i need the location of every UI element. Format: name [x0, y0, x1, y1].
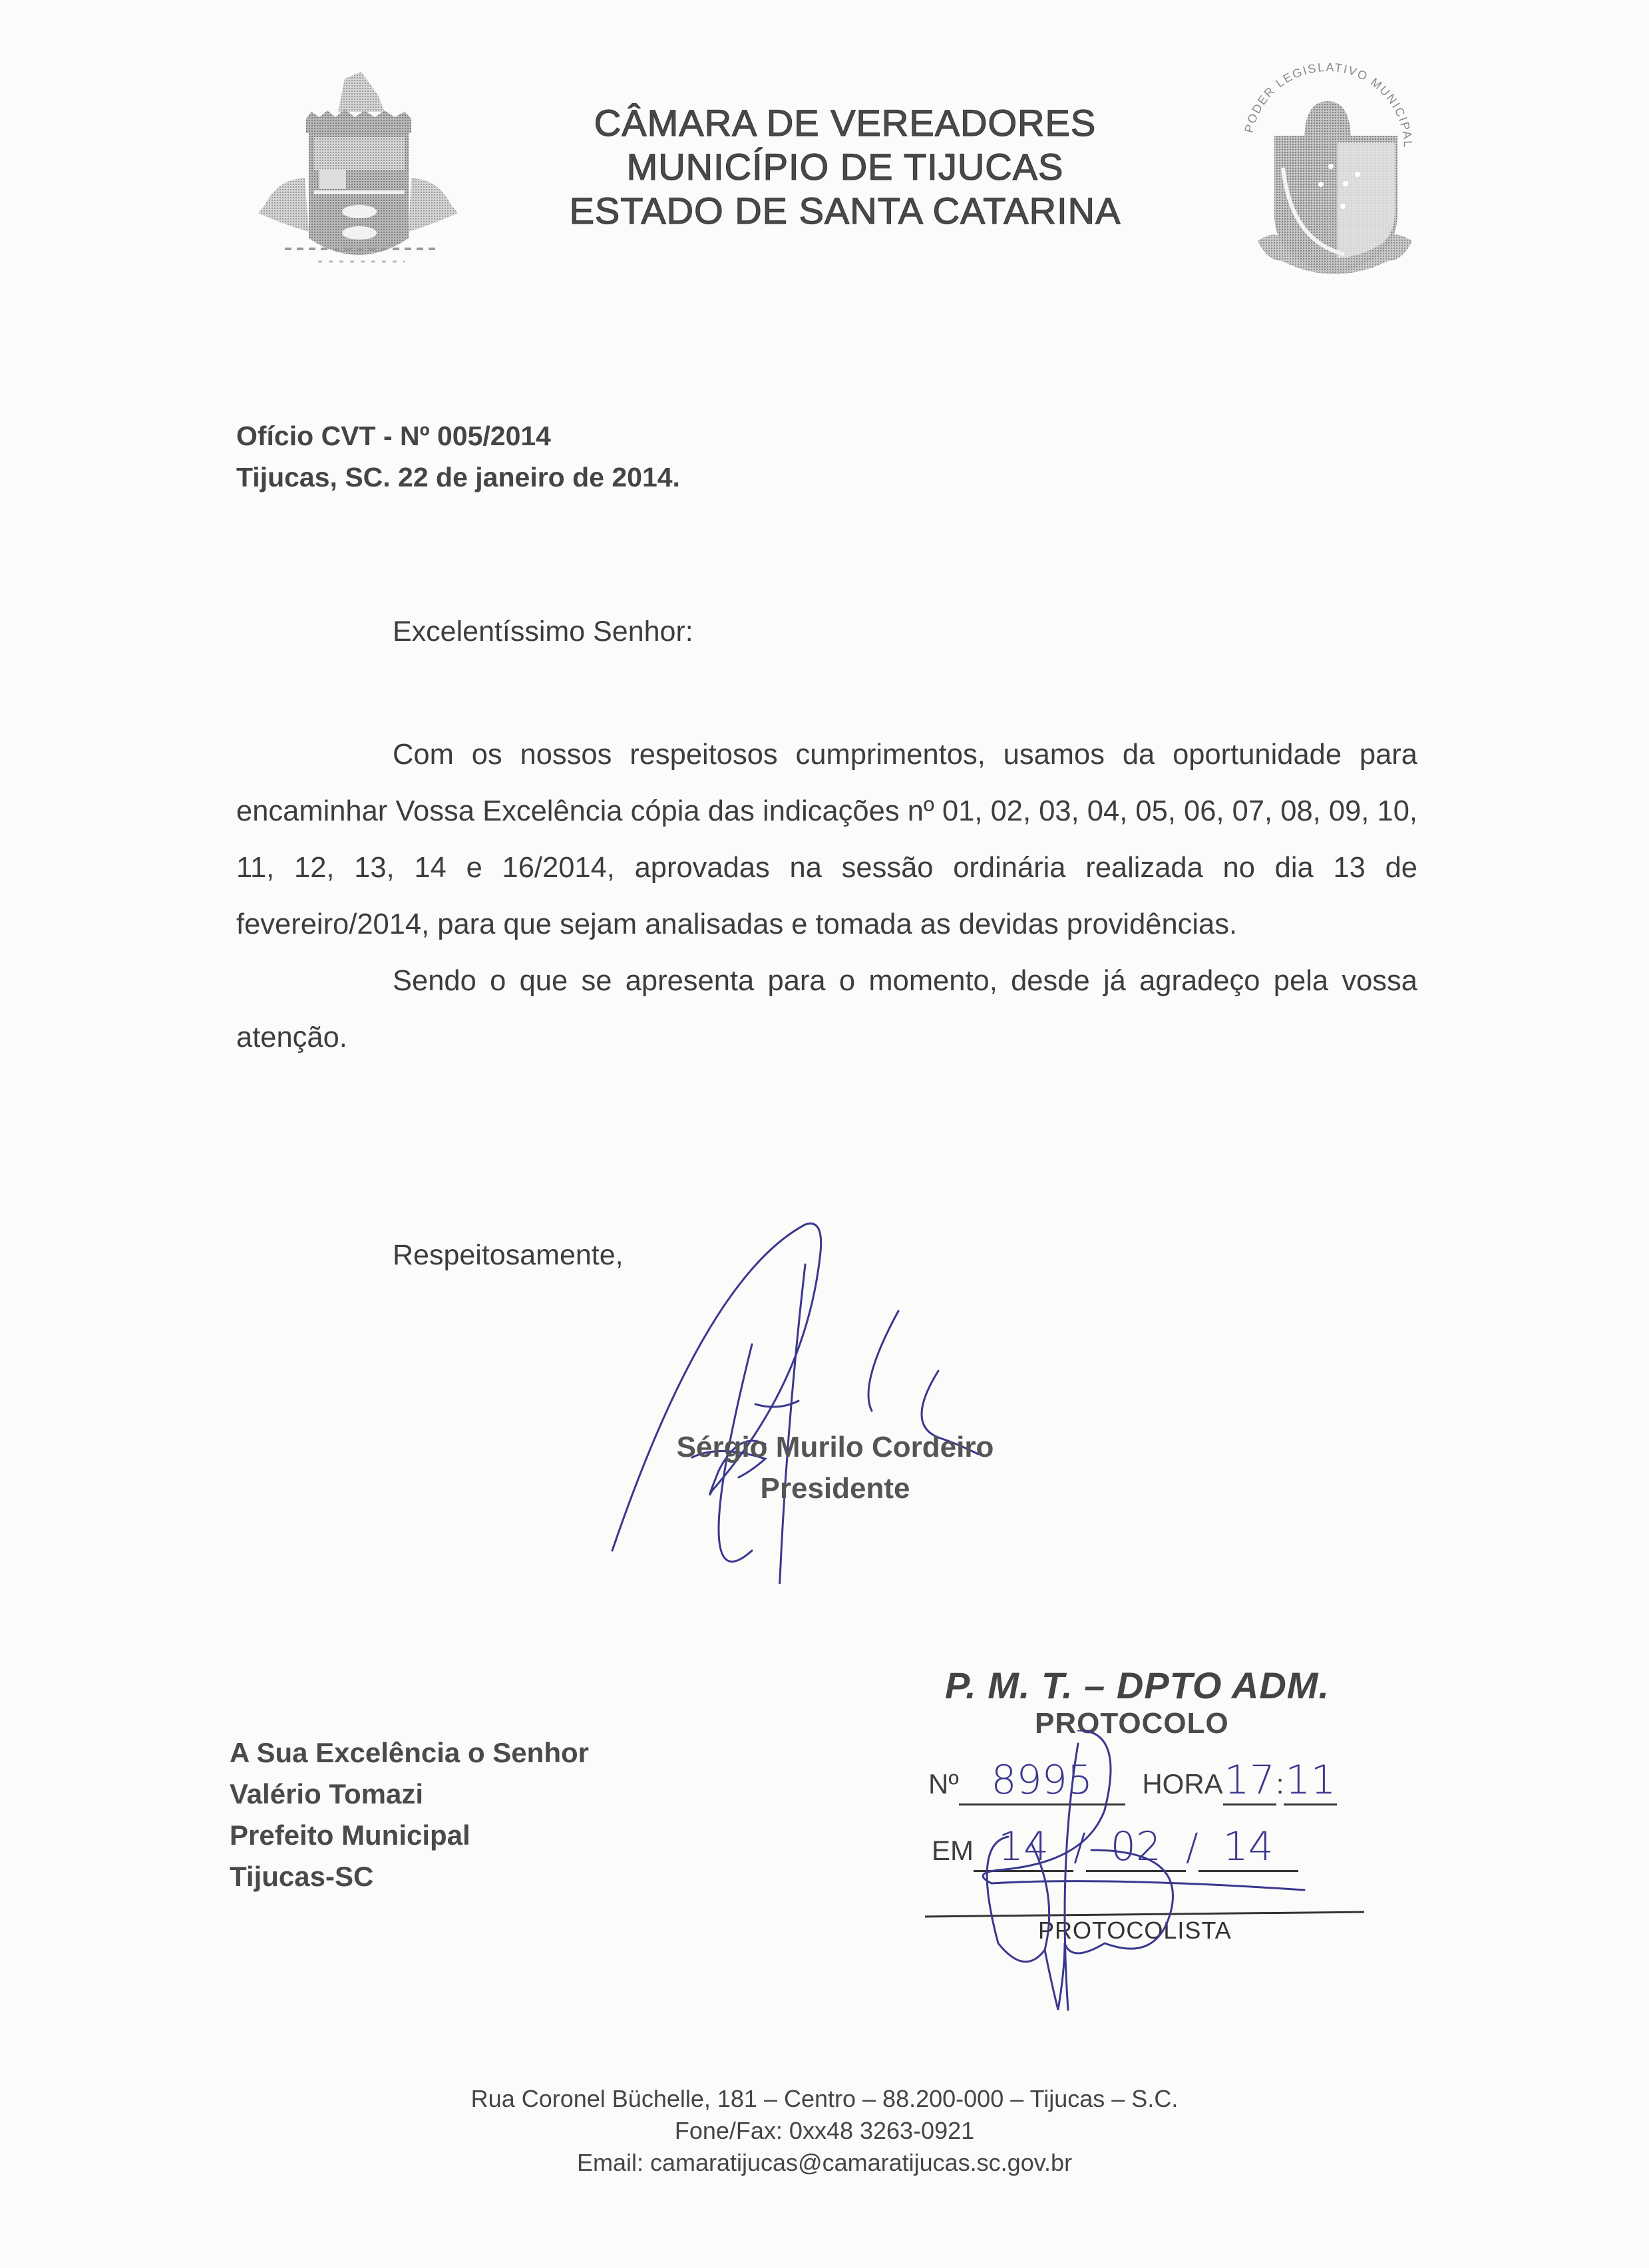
place-and-date: Tijucas, SC. 22 de janeiro de 2014.: [236, 462, 680, 493]
signer-title: Presidente: [586, 1472, 1085, 1505]
municipal-coat-of-arms-icon: [245, 59, 471, 285]
header-state: ESTADO DE SANTA CATARINA: [506, 189, 1185, 232]
addressee-line: A Sua Excelência o Senhor: [230, 1732, 589, 1774]
addressee-line: Valério Tomazi: [230, 1774, 589, 1815]
addressee-line: Prefeito Municipal: [230, 1815, 589, 1856]
stamp-title: P. M. T. – DPTO ADM.: [945, 1664, 1330, 1707]
body-paragraph: Sendo o que se apresenta para o momento,…: [236, 953, 1417, 1066]
header-municipality: MUNICÍPIO DE TIJUCAS: [506, 145, 1185, 188]
footer-address: Rua Coronel Büchelle, 181 – Centro – 88.…: [0, 2083, 1649, 2115]
header-chamber-name: CÂMARA DE VEREADORES: [506, 101, 1185, 144]
addressee-line: Tijucas-SC: [230, 1856, 589, 1897]
footer: Rua Coronel Büchelle, 181 – Centro – 88.…: [0, 2083, 1649, 2179]
salutation: Excelentíssimo Senhor:: [393, 616, 693, 648]
letter-body: Com os nossos respeitosos cumprimentos, …: [236, 727, 1417, 1066]
president-signature-icon: [586, 1211, 1118, 1584]
body-paragraph: Com os nossos respeitosos cumprimentos, …: [236, 727, 1417, 953]
footer-email: Email: camaratijucas@camaratijucas.sc.go…: [0, 2147, 1649, 2179]
addressee-block: A Sua Excelência o Senhor Valério Tomazi…: [230, 1732, 589, 1897]
signer-name: Sérgio Murilo Cordeiro: [586, 1431, 1085, 1464]
footer-phone: Fone/Fax: 0xx48 3263-0921: [0, 2115, 1649, 2147]
legislative-seal-icon: PODER LEGISLATIVO MUNICIPAL: [1231, 61, 1424, 287]
protocol-clerk-signature-icon: [905, 1730, 1384, 2023]
oficio-number: Ofício CVT - Nº 005/2014: [236, 421, 551, 452]
